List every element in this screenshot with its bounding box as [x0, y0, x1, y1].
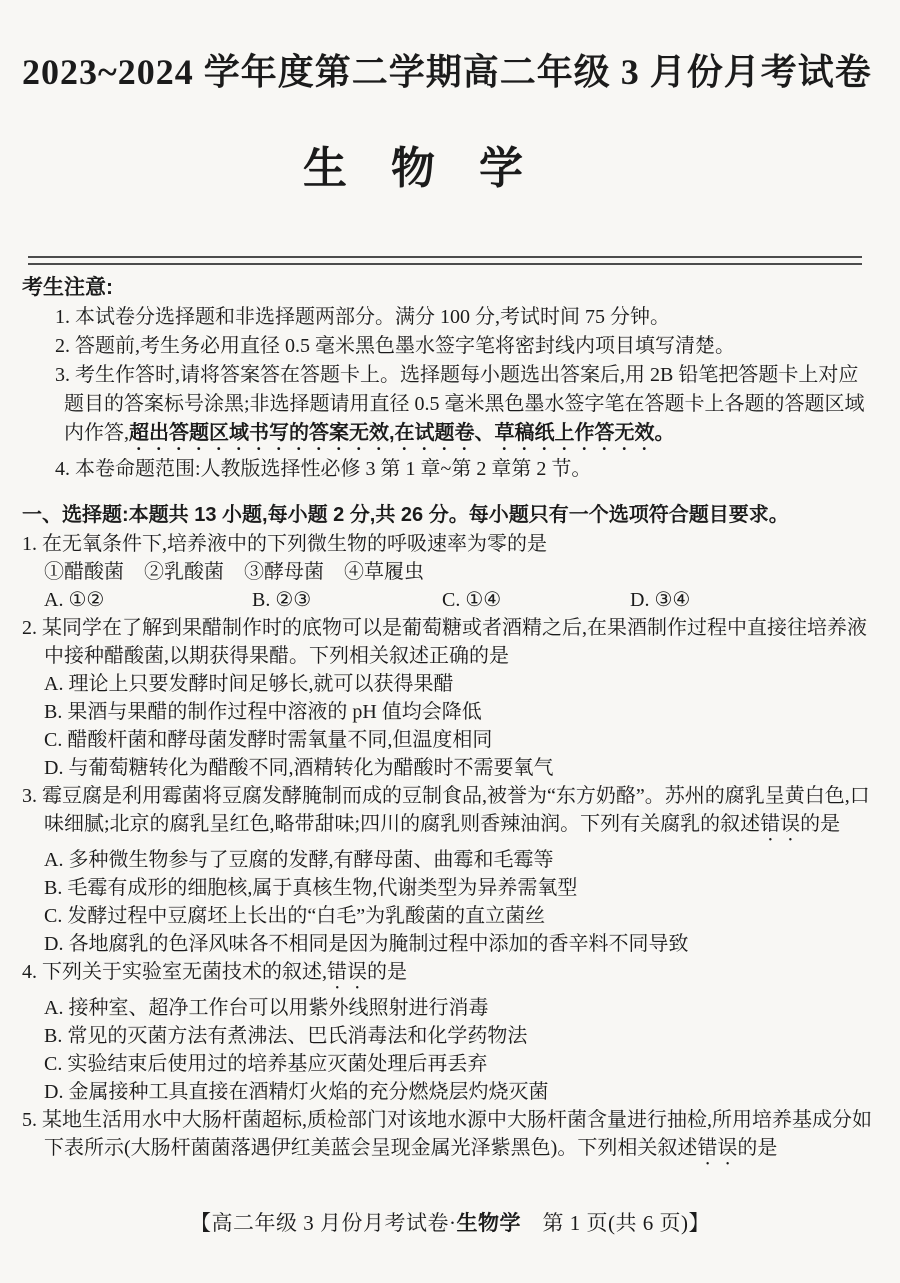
question-5-stem: 5. 某地生活用水中大肠杆菌超标,质检部门对该地水源中大肠杆菌含量进行抽检,所用…: [22, 1106, 874, 1170]
page-content: 2023~2024 学年度第二学期高二年级 3 月份月考试卷 生 物 学 考生注…: [0, 0, 900, 1170]
question-3-stem-tail: 的是: [800, 813, 840, 835]
exam-subject: 生 物 学: [22, 95, 874, 196]
notice-section: 考生注意: 1. 本试卷分选择题和非选择题两部分。满分 100 分,考试时间 7…: [22, 273, 874, 484]
choice-option: B. 常见的灭菌方法有煮沸法、巴氏消毒法和化学药物法: [22, 1022, 874, 1050]
notice-item-2: 2. 答题前,考生务必用直径 0.5 毫米黑色墨水签字笔将密封线内项目填写清楚。: [22, 332, 874, 361]
question-4-stem-tail: 的是: [367, 961, 407, 983]
notice-item-3-emphasis: 超出答题区域书写的答案无效,在试题卷、草稿纸上作答无效。: [129, 422, 675, 444]
question-3-stem-emphasis: 错误: [760, 813, 800, 835]
page-footer: 【高二年级 3 月份月考试卷·生物学 第 1 页(共 6 页)】: [0, 1207, 900, 1237]
question-4-stem-text: 4. 下列关于实验室无菌技术的叙述,: [22, 961, 327, 983]
question-3: 3. 霉豆腐是利用霉菌将豆腐发酵腌制而成的豆制食品,被誉为“东方奶酪”。苏州的腐…: [22, 782, 874, 958]
choice-option: A. 接种室、超净工作台可以用紫外线照射进行消毒: [22, 994, 874, 1022]
choice-option: D. ③④: [630, 586, 690, 614]
question-5: 5. 某地生活用水中大肠杆菌超标,质检部门对该地水源中大肠杆菌含量进行抽检,所用…: [22, 1106, 874, 1170]
question-1-numbered-items: ①醋酸菌 ②乳酸菌 ③酵母菌 ④草履虫: [22, 558, 874, 586]
question-3-stem-text: 3. 霉豆腐是利用霉菌将豆腐发酵腌制而成的豆制食品,被誉为“东方奶酪”。苏州的腐…: [22, 785, 870, 835]
footer-page-number: 第 1 页(共 6 页)】: [521, 1211, 710, 1235]
choice-option: D. 与葡萄糖转化为醋酸不同,酒精转化为醋酸时不需要氧气: [22, 754, 874, 782]
notice-item-1: 1. 本试卷分选择题和非选择题两部分。满分 100 分,考试时间 75 分钟。: [22, 303, 874, 332]
question-1-choices: A. ①② B. ②③ C. ①④ D. ③④: [22, 586, 874, 614]
question-5-stem-emphasis: 错误: [697, 1137, 737, 1159]
choice-option: C. 醋酸杆菌和酵母菌发酵时需氧量不同,但温度相同: [22, 726, 874, 754]
choice-option: B. 毛霉有成形的细胞核,属于真核生物,代谢类型为异养需氧型: [22, 874, 874, 902]
question-1-stem: 1. 在无氧条件下,培养液中的下列微生物的呼吸速率为零的是: [22, 530, 874, 558]
question-4-stem-emphasis: 错误: [327, 961, 367, 983]
notice-heading: 考生注意:: [22, 273, 874, 303]
choice-option: D. 各地腐乳的色泽风味各不相同是因为腌制过程中添加的香辛料不同导致: [22, 930, 874, 958]
choice-option: B. ②③: [252, 586, 442, 614]
question-1: 1. 在无氧条件下,培养液中的下列微生物的呼吸速率为零的是 ①醋酸菌 ②乳酸菌 …: [22, 530, 874, 614]
question-2: 2. 某同学在了解到果醋制作时的底物可以是葡萄糖或者酒精之后,在果酒制作过程中直…: [22, 614, 874, 782]
choice-option: C. ①④: [442, 586, 630, 614]
section-one-heading: 一、选择题:本题共 13 小题,每小题 2 分,共 26 分。每小题只有一个选项…: [22, 500, 874, 530]
choice-option: C. 发酵过程中豆腐坯上长出的“白毛”为乳酸菌的直立菌丝: [22, 902, 874, 930]
notice-item-4: 4. 本卷命题范围:人教版选择性必修 3 第 1 章~第 2 章第 2 节。: [22, 455, 874, 484]
choice-option: A. 多种微生物参与了豆腐的发酵,有酵母菌、曲霉和毛霉等: [22, 846, 874, 874]
question-list: 1. 在无氧条件下,培养液中的下列微生物的呼吸速率为零的是 ①醋酸菌 ②乳酸菌 …: [22, 530, 874, 1170]
footer-subject: 生物学: [457, 1212, 522, 1235]
exam-title: 2023~2024 学年度第二学期高二年级 3 月份月考试卷: [22, 0, 874, 95]
choice-option: C. 实验结束后使用过的培养基应灭菌处理后再丢弃: [22, 1050, 874, 1078]
choice-option: D. 金属接种工具直接在酒精灯火焰的充分燃烧层灼烧灭菌: [22, 1078, 874, 1106]
choice-option: B. 果酒与果醋的制作过程中溶液的 pH 值均会降低: [22, 698, 874, 726]
question-2-stem: 2. 某同学在了解到果醋制作时的底物可以是葡萄糖或者酒精之后,在果酒制作过程中直…: [22, 614, 874, 670]
choice-option: A. ①②: [44, 586, 252, 614]
exam-paper-page: 2023~2024 学年度第二学期高二年级 3 月份月考试卷 生 物 学 考生注…: [0, 0, 900, 1283]
notice-item-3: 3. 考生作答时,请将答案答在答题卡上。选择题每小题选出答案后,用 2B 铅笔把…: [22, 361, 874, 455]
choice-option: A. 理论上只要发酵时间足够长,就可以获得果醋: [22, 670, 874, 698]
question-3-stem: 3. 霉豆腐是利用霉菌将豆腐发酵腌制而成的豆制食品,被誉为“东方奶酪”。苏州的腐…: [22, 782, 874, 846]
question-5-stem-tail: 的是: [737, 1137, 777, 1159]
question-4-stem: 4. 下列关于实验室无菌技术的叙述,错误的是: [22, 958, 874, 994]
header-divider: [28, 256, 862, 265]
question-4: 4. 下列关于实验室无菌技术的叙述,错误的是 A. 接种室、超净工作台可以用紫外…: [22, 958, 874, 1106]
footer-left: 【高二年级 3 月份月考试卷·: [190, 1211, 457, 1235]
